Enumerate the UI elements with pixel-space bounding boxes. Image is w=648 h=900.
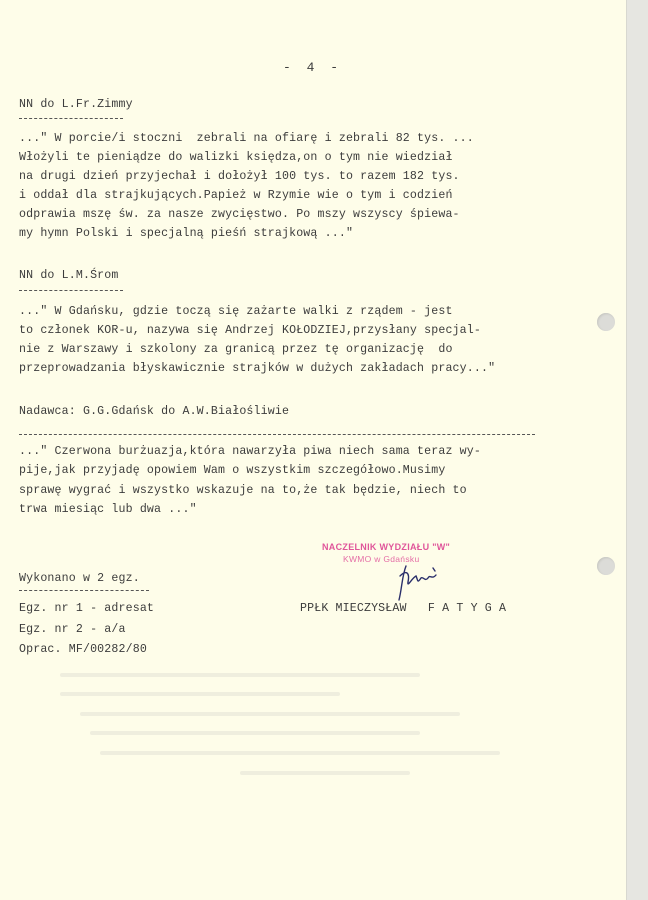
document-page: - 4 - NN do L.Fr.Zimmy ..." W porcie/i s… <box>0 0 626 900</box>
bleed-through-mark <box>60 692 340 696</box>
section-2-line: nie z Warszawy i szkolony za granicą prz… <box>19 343 453 357</box>
section-3-heading: Nadawca: G.G.Gdańsk do A.W.Białośliwie <box>19 405 289 419</box>
punch-hole <box>597 313 615 331</box>
section-3-line: trwa miesiąc lub dwa ..." <box>19 503 197 517</box>
section-2-line: to członek KOR-u, nazywa się Andrzej KOŁ… <box>19 324 481 338</box>
punch-hole <box>597 557 615 575</box>
page-number: - 4 - <box>283 61 342 75</box>
section-2-line: ..." W Gdańsku, gdzie toczą się zażarte … <box>19 305 453 319</box>
copies-heading: Wykonano w 2 egz. <box>19 572 140 586</box>
section-1-line: na drugi dzień przyjechał i dołożył 100 … <box>19 170 460 184</box>
signature <box>392 562 452 604</box>
bleed-through-mark <box>60 673 420 677</box>
stamp-line-1: NACZELNIK WYDZIAŁU "W" <box>322 542 450 552</box>
section-2-heading: NN do L.M.Śrom <box>19 269 119 283</box>
bleed-through-mark <box>90 731 420 735</box>
bleed-through-mark <box>240 771 410 775</box>
copies-underline <box>19 590 149 591</box>
copy-line: Oprac. MF/00282/80 <box>19 643 147 657</box>
section-1-line: i oddał dla strajkujących.Papież w Rzymi… <box>19 189 453 203</box>
section-2-line: przeprowadzania błyskawicznie strajków w… <box>19 362 495 376</box>
signatory-name: PPŁK MIECZYSŁAW F A T Y G A <box>300 602 506 616</box>
section-1-line: my hymn Polski i specjalną pieśń strajko… <box>19 227 353 241</box>
section-1-line: ..." W porcie/i stoczni zebrali na ofiar… <box>19 132 474 146</box>
section-3-line: sprawę wygrać i wszystko wskazuje na to,… <box>19 484 467 498</box>
section-3-line: ..." Czerwona burżuazja,która nawarzyła … <box>19 445 481 459</box>
section-1-line: odprawia mszę św. za nasze zwycięstwo. P… <box>19 208 460 222</box>
bleed-through-mark <box>100 751 500 755</box>
bleed-through-mark <box>80 712 460 716</box>
section-1-line: Włożyli te pieniądze do walizki księdza,… <box>19 151 453 165</box>
section-1-underline <box>19 118 123 119</box>
section-3-line: pije,jak przyjadę opowiem Wam o wszystki… <box>19 464 445 478</box>
section-2-underline <box>19 290 123 291</box>
copy-line: Egz. nr 2 - a/a <box>19 623 126 637</box>
section-3-underline <box>19 434 535 435</box>
scanner-edge <box>626 0 648 900</box>
copy-line: Egz. nr 1 - adresat <box>19 602 154 616</box>
section-1-heading: NN do L.Fr.Zimmy <box>19 98 133 112</box>
